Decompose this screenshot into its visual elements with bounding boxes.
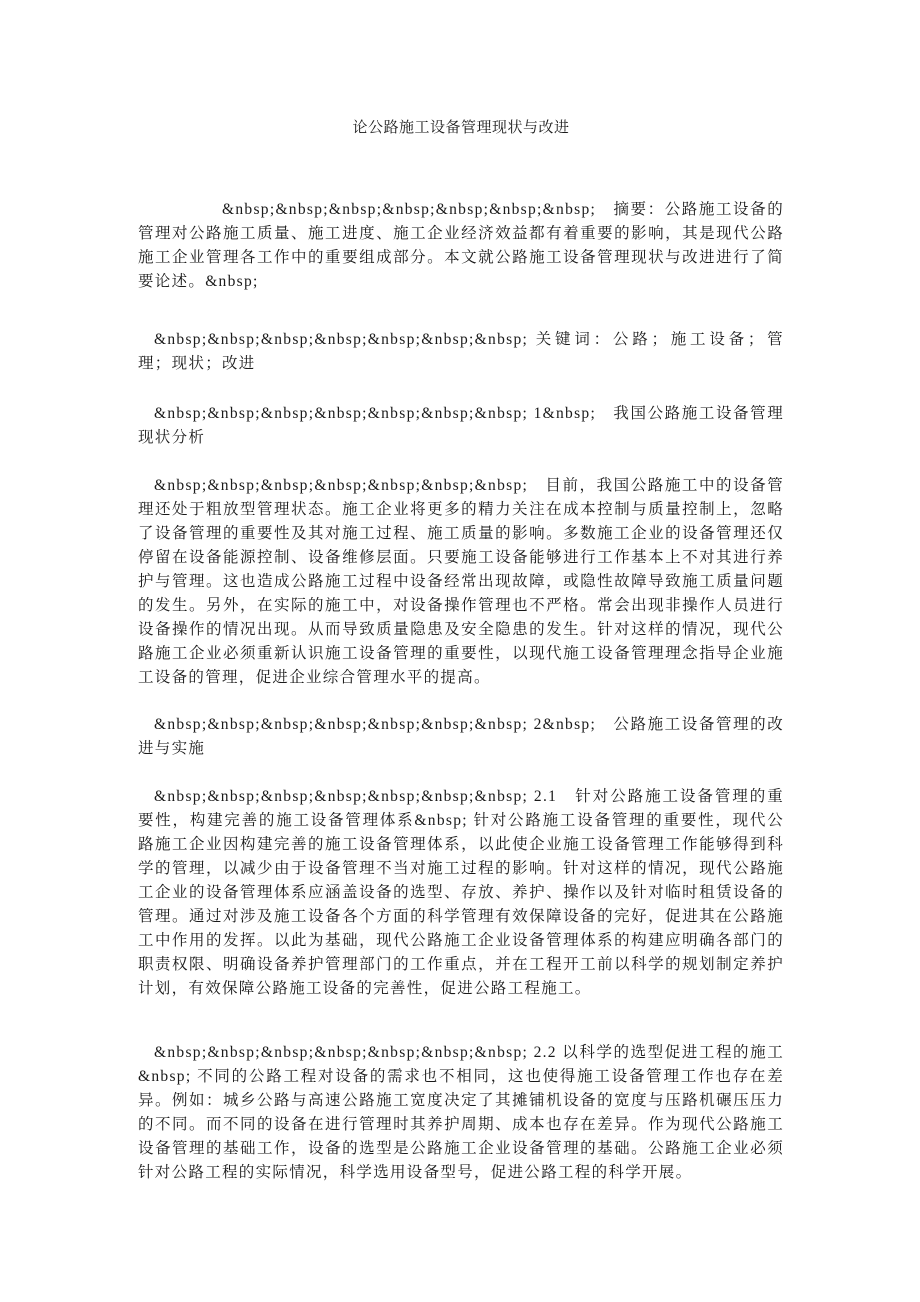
section-2-1-paragraph: &nbsp;&nbsp;&nbsp;&nbsp;&nbsp;&nbsp;&nbs… — [138, 785, 784, 1001]
abstract-paragraph: &nbsp;&nbsp;&nbsp;&nbsp;&nbsp;&nbsp;&nbs… — [138, 198, 784, 294]
keywords-paragraph: &nbsp;&nbsp;&nbsp;&nbsp;&nbsp;&nbsp;&nbs… — [138, 328, 784, 376]
section-2-heading: &nbsp;&nbsp;&nbsp;&nbsp;&nbsp;&nbsp;&nbs… — [138, 713, 784, 761]
section-2-2-paragraph: &nbsp;&nbsp;&nbsp;&nbsp;&nbsp;&nbsp;&nbs… — [138, 1041, 784, 1185]
document-title: 论公路施工设备管理现状与改进 — [138, 116, 784, 137]
section-1-heading: &nbsp;&nbsp;&nbsp;&nbsp;&nbsp;&nbsp;&nbs… — [138, 402, 784, 450]
section-1-body: &nbsp;&nbsp;&nbsp;&nbsp;&nbsp;&nbsp;&nbs… — [138, 474, 784, 690]
